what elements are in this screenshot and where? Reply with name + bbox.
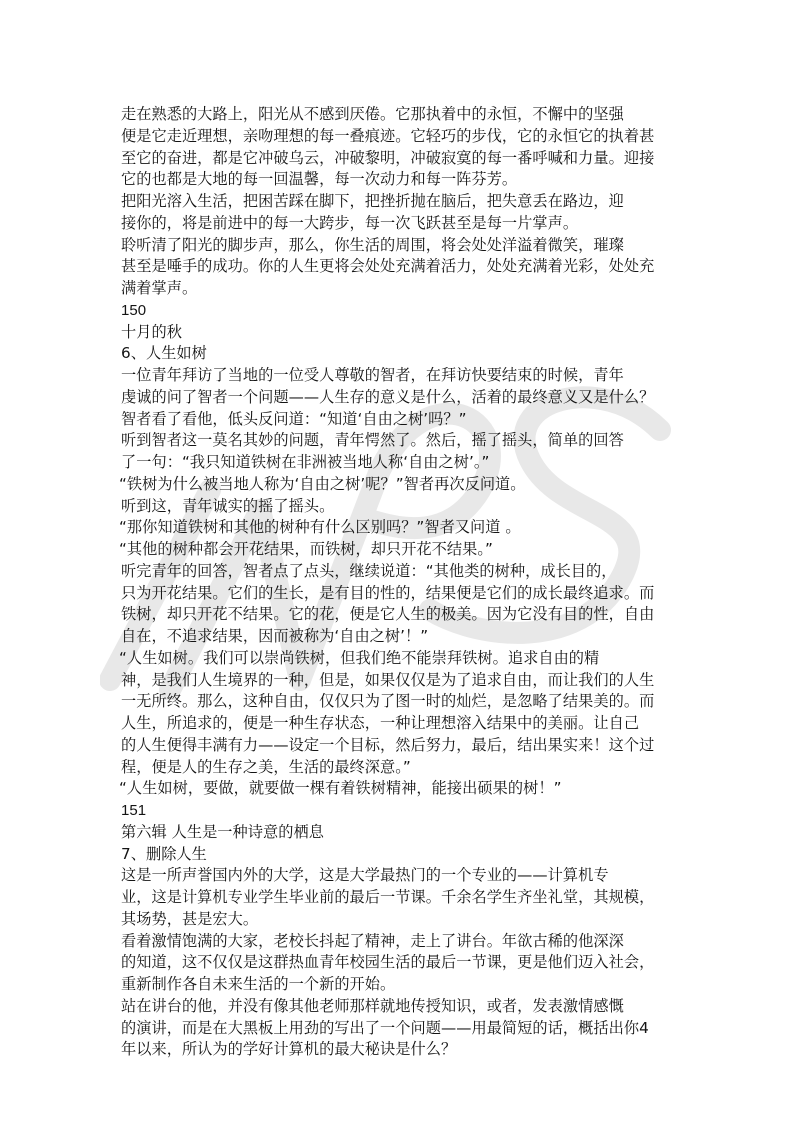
text-line: 神，是我们人生境界的一种，但是，如果仅仅是为了追求自由，而让我们的人生 [121, 670, 681, 692]
text-line: 铁树，却只开花不结果。它的花，便是它人生的极美。因为它没有目的性，自由 [121, 604, 681, 626]
text-line: 的演讲，而是在大黑板上用劲的写出了一个问题——用最简短的话，概括出你4 [121, 1018, 681, 1040]
text-line: 重新制作各自未来生活的一个新的开始。 [121, 974, 681, 996]
text-line: 虔诚的问了智者一个问题——人生存的意义是什么，活着的最终意义又是什么？ [121, 387, 681, 409]
text-line: 年以来，所认为的学好计算机的最大秘诀是什么？ [121, 1039, 681, 1061]
page-number: 151 [121, 800, 681, 822]
running-header: 十月的秋 [121, 322, 681, 344]
section-title: 6、人生如树 [121, 343, 681, 365]
text-line: 它的也都是大地的每一回温馨，每一次动力和每一阵芬芳。 [121, 169, 681, 191]
text-line: 人生，所追求的，便是一种生存状态，一种让理想溶入结果中的美丽。让自己 [121, 713, 681, 735]
text-line: 满着掌声。 [121, 278, 681, 300]
running-header: 第六辑 人生是一种诗意的栖息 [121, 822, 681, 844]
document-page: 走在熟悉的大路上，阳光从不感到厌倦。它那执着中的永恒，不懈中的坚强 便是它走近理… [0, 0, 793, 1122]
quote-line: “铁树为什么被当地人称为‘自由之树’呢？”智者再次反问道。 [119, 474, 681, 496]
text-line: 其场势，甚是宏大。 [121, 909, 681, 931]
text-line: 一无所终。那么，这种自由，仅仅只为了图一时的灿烂，是忽略了结果美的。而 [121, 691, 681, 713]
text-line: 聆听清了阳光的脚步声，那么，你生活的周围，将会处处洋溢着微笑，璀璨 [121, 235, 681, 257]
text-line: 看着激情饱满的大家，老校长抖起了精神，走上了讲台。年欲古稀的他深深 [121, 931, 681, 953]
text-line: 的人生便得丰满有力——设定一个目标，然后努力，最后，结出果实来！这个过 [121, 735, 681, 757]
text-line: 听到智者这一莫名其妙的问题，青年愕然了。然后，摇了摇头，简单的回答 [121, 430, 681, 452]
text-line: 接你的，将是前进中的每一大跨步，每一次飞跃甚至是每一片掌声。 [121, 213, 681, 235]
quote-line: “那你知道铁树和其他的树种有什么区别吗？”智者又问道 。 [119, 517, 681, 539]
text-line: 程，便是人的生存之美，生活的最终深意。” [121, 757, 681, 779]
text-line: 听完青年的回答，智者点了点头，继续说道：“其他类的树种，成长目的， [121, 561, 681, 583]
text-line: 了一句：“我只知道铁树在非洲被当地人称‘自由之树’。” [121, 452, 681, 474]
text-line: 智者看了看他，低头反问道：“知道‘自由之树’吗？” [121, 409, 681, 431]
quote-line: “人生如树。我们可以崇尚铁树，但我们绝不能崇拜铁树。追求自由的精 [119, 648, 681, 670]
section-title: 7、删除人生 [121, 844, 681, 866]
text-line: 听到这，青年诚实的摇了摇头。 [121, 496, 681, 518]
text-line: 至它的奋进，都是它冲破乌云，冲破黎明，冲破寂寞的每一番呼喊和力量。迎接 [121, 148, 681, 170]
quote-line: “其他的树种都会开花结果，而铁树，却只开花不结果。” [119, 539, 681, 561]
document-body: 走在熟悉的大路上，阳光从不感到厌倦。它那执着中的永恒，不懈中的坚强 便是它走近理… [121, 104, 681, 1061]
text-line: 站在讲台的他，并没有像其他老师那样就地传授知识，或者，发表激情感慨 [121, 996, 681, 1018]
text-line: 走在熟悉的大路上，阳光从不感到厌倦。它那执着中的永恒，不懈中的坚强 [121, 104, 681, 126]
text-line: 一位青年拜访了当地的一位受人尊敬的智者，在拜访快要结束的时候，青年 [121, 365, 681, 387]
text-line: 只为开花结果。它们的生长，是有目的性的，结果便是它们的成长最终追求。而 [121, 583, 681, 605]
text-line: 自在，不追求结果，因而被称为‘自由之树’！” [121, 626, 681, 648]
text-line: 甚至是唾手的成功。你的人生更将会处处充满着活力，处处充满着光彩，处处充 [121, 256, 681, 278]
page-number: 150 [121, 300, 681, 322]
text-line: 的知道，这不仅仅是这群热血青年校园生活的最后一节课，更是他们迈入社会， [121, 952, 681, 974]
text-line: 这是一所声誉国内外的大学，这是大学最热门的一个专业的——计算机专 [121, 865, 681, 887]
text-line: 把阳光溶入生活，把困苦踩在脚下，把挫折抛在脑后，把失意丢在路边，迎 [121, 191, 681, 213]
text-line: 业，这是计算机专业学生毕业前的最后一节课。千余名学生齐坐礼堂，其规模， [121, 887, 681, 909]
quote-line: “人生如树，要做，就要做一棵有着铁树精神，能接出硕果的树！” [119, 778, 681, 800]
text-line: 便是它走近理想，亲吻理想的每一叠痕迹。它轻巧的步伐，它的永恒它的执着甚 [121, 126, 681, 148]
